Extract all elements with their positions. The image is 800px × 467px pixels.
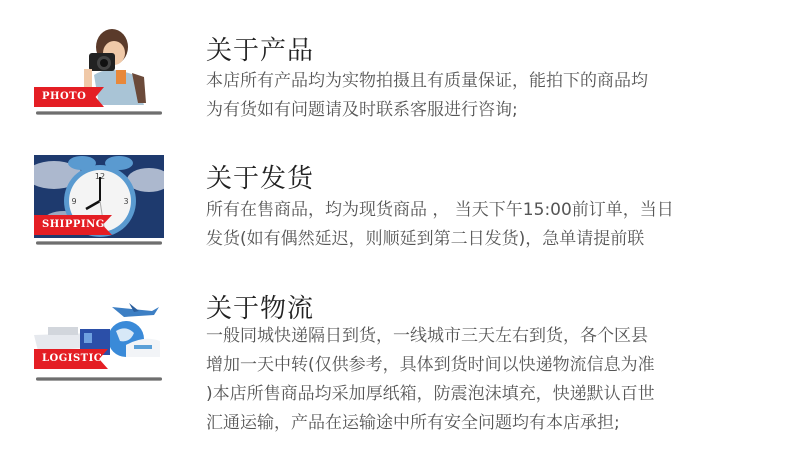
photo-camera-person-icon: PHOTO xyxy=(34,25,164,115)
alarm-clock-icon: 12 3 9 SHIPPING xyxy=(34,155,164,245)
section-description: 本店所有产品均为实物拍摄且有质量保证，能拍下的商品均 为有货如有问题请及时联系客… xyxy=(206,67,786,125)
shadow-bar xyxy=(36,111,162,115)
badge-shipping: SHIPPING xyxy=(34,215,112,235)
desc-line: 所有在售商品，均为现货商品 ， 当天下午15:00前订单，当日 xyxy=(206,196,786,225)
section-title: 关于物流 xyxy=(206,288,314,325)
desc-line: 汇通运输，产品在运输途中所有安全问题均有本店承担; xyxy=(206,409,786,438)
section-description: 一般同城快递隔日到货，一线城市三天左右到货，各个区县 增加一天中转(仅供参考，具… xyxy=(206,322,786,438)
desc-line: 增加一天中转(仅供参考，具体到货时间以快递物流信息为准 xyxy=(206,351,786,380)
section-product: PHOTO 关于产品 本店所有产品均为实物拍摄且有质量保证，能拍下的商品均 为有… xyxy=(0,0,800,140)
section-title: 关于产品 xyxy=(206,30,314,67)
badge-logistics: LOGISTICS xyxy=(34,349,108,369)
desc-line: )本店所售商品均采加厚纸箱，防震泡沫填充，快递默认百世 xyxy=(206,380,786,409)
logistics-transport-icon: LOGISTICS xyxy=(34,295,164,385)
desc-line: 为有货如有问题请及时联系客服进行咨询; xyxy=(206,96,786,125)
svg-text:9: 9 xyxy=(71,197,76,206)
section-description: 所有在售商品，均为现货商品 ， 当天下午15:00前订单，当日 发货(如有偶然延… xyxy=(206,196,786,254)
badge-photo: PHOTO xyxy=(34,87,104,107)
desc-line: 本店所有产品均为实物拍摄且有质量保证，能拍下的商品均 xyxy=(206,67,786,96)
section-title: 关于发货 xyxy=(206,158,314,195)
desc-line: 一般同城快递隔日到货，一线城市三天左右到货，各个区县 xyxy=(206,322,786,351)
svg-text:3: 3 xyxy=(123,197,128,206)
desc-line: 发货(如有偶然延迟，则顺延到第二日发货)，急单请提前联 xyxy=(206,225,786,254)
section-logistics: LOGISTICS 关于物流 一般同城快递隔日到货，一线城市三天左右到货，各个区… xyxy=(0,280,800,467)
section-shipping: 12 3 9 SHIPPING 关于发货 所有在售商品，均为现货商品 ， 当天下… xyxy=(0,140,800,280)
shadow-bar xyxy=(36,241,162,245)
shadow-bar xyxy=(36,377,162,381)
